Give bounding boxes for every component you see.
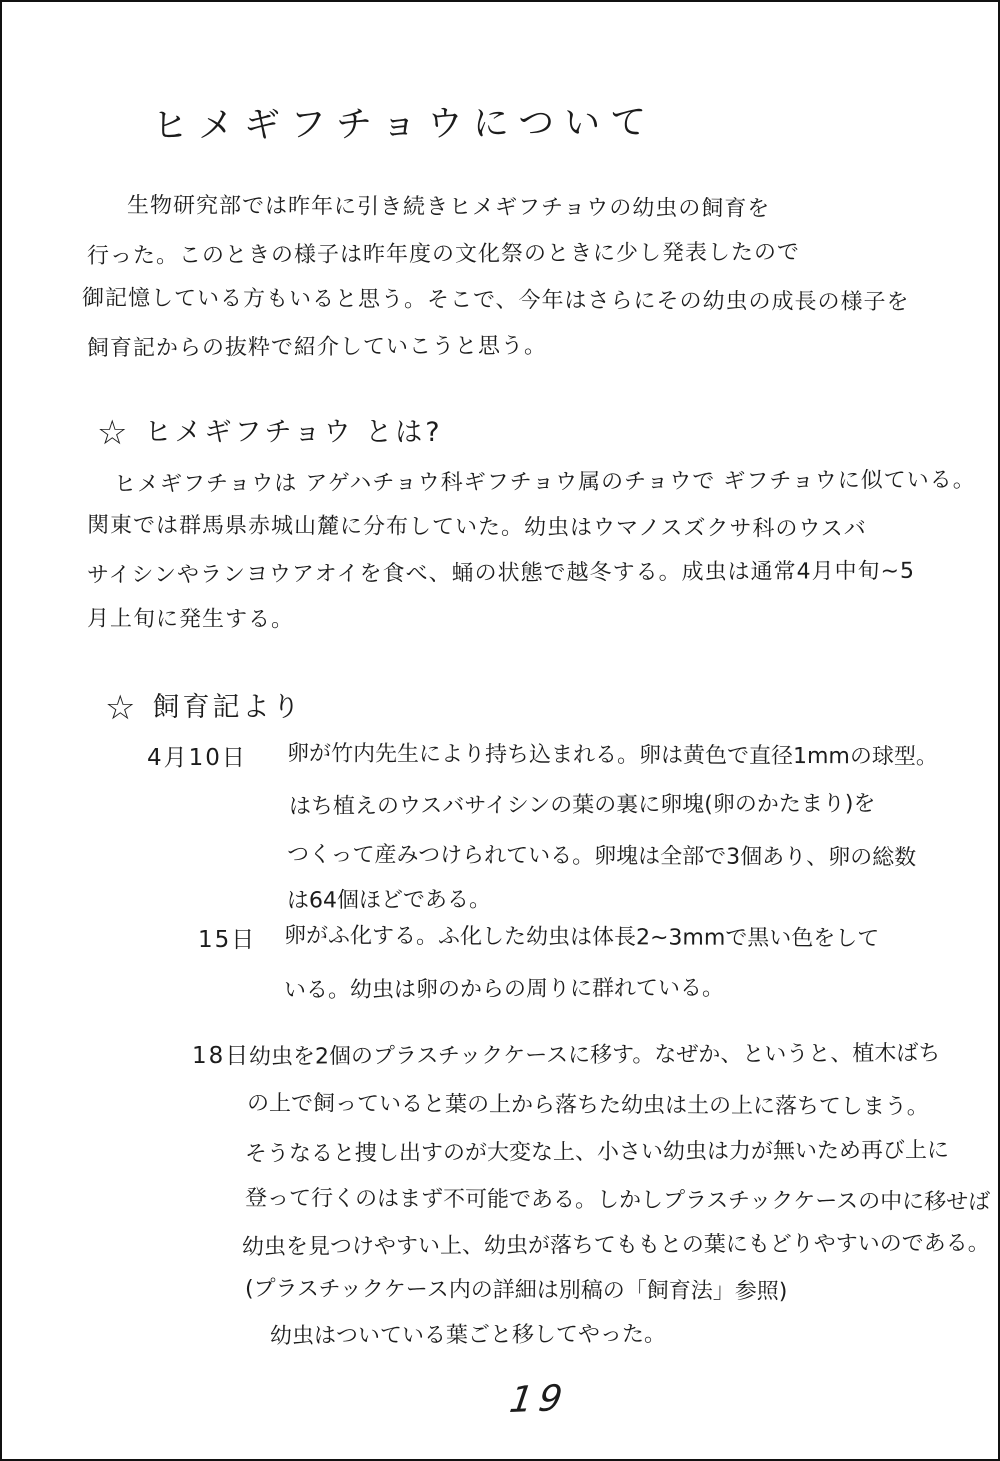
star-icon: ☆ xyxy=(105,688,138,728)
page-number: 19 xyxy=(507,1376,571,1423)
diary-line: 幼虫はついている葉ごと移してやった。 xyxy=(270,1321,666,1351)
diary-date: 4月10日 xyxy=(147,744,247,773)
about-line: サイシンやランヨウアオイを食べ、蛹の状態で越冬する。成虫は通常4月中旬~5 xyxy=(87,558,915,590)
section-about-heading: ☆ヒメギフチョウ とは? xyxy=(97,412,443,455)
about-line: ヒメギフチョウは アゲハチョウ科ギフチョウ属のチョウで ギフチョウに似ている。 xyxy=(114,467,976,499)
diary-date: 15日 xyxy=(198,926,256,955)
page-title: ヒメギフチョウについて xyxy=(152,100,657,149)
intro-line: 生物研究部では昨年に引き続きヒメギフチョウの幼虫の飼育を xyxy=(127,192,770,223)
scanned-document-page: ヒメギフチョウについて 生物研究部では昨年に引き続きヒメギフチョウの幼虫の飼育を… xyxy=(0,0,1000,1461)
diary-line: の上で飼っていると葉の上から落ちた幼虫は土の上に落ちてしまう。 xyxy=(247,1090,929,1121)
about-line: 関東では群馬県赤城山麓に分布していた。幼虫はウマノスズクサ科のウスバ xyxy=(87,512,867,544)
diary-line: 幼虫を2個のプラスチックケースに移す。なぜか、というと、植木ばち xyxy=(249,1040,941,1071)
diary-line: (プラスチックケース内の詳細は別稿の「飼育法」参照) xyxy=(245,1276,787,1306)
about-line: 月上旬に発生する。 xyxy=(87,605,294,634)
section-diary-heading: ☆飼育記より xyxy=(105,687,302,730)
diary-line: つくって産みつけられている。卵塊は全部で3個あり、卵の総数 xyxy=(287,841,916,872)
diary-line: 卵がふ化する。ふ化した幼虫は体長2~3mmで黒い色をして xyxy=(284,922,879,953)
diary-date: 18日 xyxy=(192,1042,250,1071)
intro-line: 飼育記からの抜粋で紹介していこうと思う。 xyxy=(87,333,547,363)
diary-line: そうなると捜し出すのが大変な上、小さい幼虫は力が無いため再び上に xyxy=(245,1137,949,1168)
section-about-heading-text: ヒメギフチョウ とは? xyxy=(144,417,442,448)
diary-line: いる。幼虫は卵のからの周りに群れている。 xyxy=(284,975,724,1005)
star-icon: ☆ xyxy=(97,413,130,453)
diary-line: はち植えのウスバサイシンの葉の裏に卵塊(卵のかたまり)を xyxy=(289,790,876,821)
diary-line: 幼虫を見つけやすい上、幼虫が落ちてももとの葉にもどりやすいのである。 xyxy=(242,1230,990,1261)
diary-line: 登って行くのはまず不可能である。しかしプラスチックケースの中に移せば xyxy=(245,1185,990,1216)
diary-line: は64個ほどである。 xyxy=(287,886,491,915)
intro-line: 御記憶している方もいると思う。そこで、今年はさらにその幼虫の成長の様子を xyxy=(82,285,910,317)
section-diary-heading-text: 飼育記より xyxy=(152,692,302,723)
intro-line: 行った。このときの様子は昨年度の文化祭のときに少し発表したので xyxy=(87,239,800,270)
diary-line: 卵が竹内先生により持ち込まれる。卵は黄色で直径1mmの球型。 xyxy=(287,740,938,771)
